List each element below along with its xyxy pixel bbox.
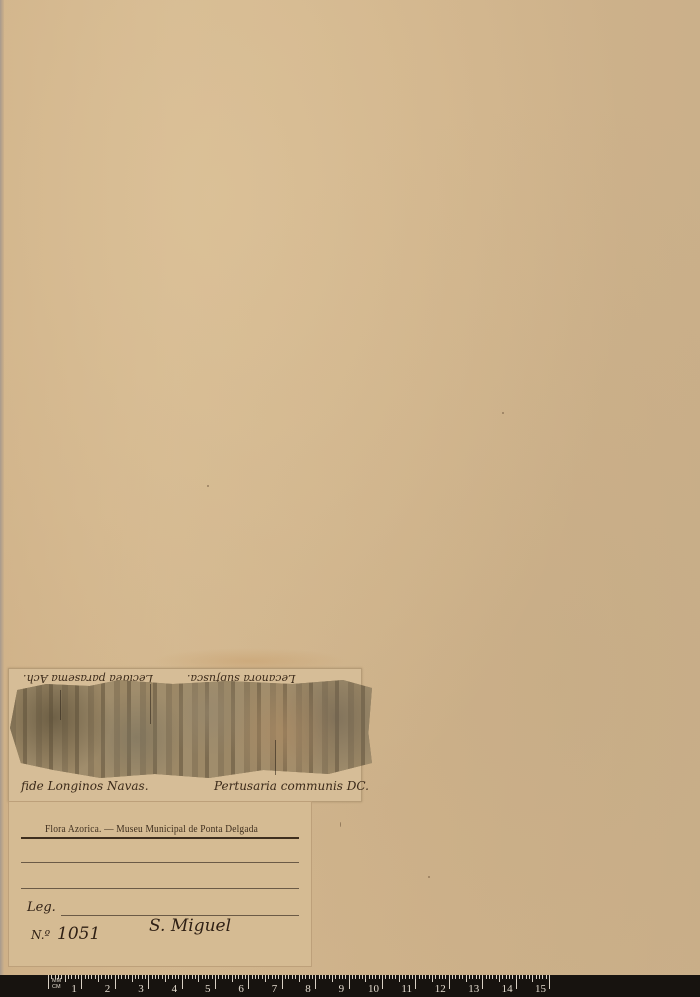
ruler-tick	[472, 975, 473, 979]
ruler-tick	[262, 975, 263, 979]
ruler-tick	[312, 975, 313, 979]
ruler-tick	[68, 975, 69, 979]
ruler-tick	[412, 975, 413, 979]
ruler-tick	[486, 975, 487, 979]
ruler-tick	[409, 975, 410, 979]
ruler-tick	[352, 975, 353, 979]
ruler-tick	[278, 975, 279, 979]
label-rule	[21, 862, 299, 863]
ruler-cm-label: 8	[305, 983, 311, 995]
ruler-tick	[232, 975, 233, 982]
ruler-tick	[349, 975, 350, 989]
ruler-tick	[476, 975, 477, 979]
ruler-tick	[329, 975, 330, 979]
ruler-cm-label: 3	[138, 983, 144, 995]
ruler-tick	[459, 975, 460, 979]
ruler-tick	[516, 975, 517, 989]
ruler-tick	[162, 975, 163, 979]
ruler-tick	[439, 975, 440, 979]
ruler-tick	[385, 975, 386, 979]
ruler-tick	[51, 975, 52, 979]
ruler-tick	[405, 975, 406, 979]
ruler-cm-label: 6	[238, 983, 244, 995]
ruler-tick	[242, 975, 243, 979]
ruler-tick	[499, 975, 500, 982]
paper-speck	[428, 876, 430, 878]
ruler-cm-label: 1	[71, 983, 77, 995]
ruler-tick	[158, 975, 159, 979]
ruler-tick	[215, 975, 216, 989]
annotation-pertusaria: Pertusaria communis DC.	[214, 779, 369, 793]
ruler-tick	[542, 975, 543, 979]
ruler-tick	[58, 975, 59, 979]
ruler-tick	[369, 975, 370, 979]
ruler-tick	[195, 975, 196, 979]
ruler-tick	[449, 975, 450, 989]
ruler-tick	[192, 975, 193, 979]
ruler-tick	[455, 975, 456, 979]
ruler-cm-label: 11	[401, 983, 412, 995]
ruler-tick	[208, 975, 209, 979]
ruler-tick	[355, 975, 356, 979]
ruler-tick	[145, 975, 146, 979]
ruler-tick	[539, 975, 540, 979]
ruler-tick	[48, 975, 49, 989]
ruler-tick	[489, 975, 490, 979]
ruler-tick	[509, 975, 510, 979]
ruler-tick	[115, 975, 116, 989]
ruler-tick	[245, 975, 246, 979]
ruler-tick	[105, 975, 106, 979]
ruler-tick	[375, 975, 376, 979]
ruler-tick	[302, 975, 303, 979]
ruler-tick	[188, 975, 189, 979]
ruler-cm-label: 15	[535, 983, 546, 995]
ruler-tick	[111, 975, 112, 979]
ruler-tick	[422, 975, 423, 979]
ruler-scale: 123456789101112131415	[48, 975, 560, 997]
ruler-cm-label: 7	[272, 983, 278, 995]
scale-ruler: MM CM 123456789101112131415	[0, 975, 700, 997]
ruler-tick	[168, 975, 169, 979]
ruler-tick	[402, 975, 403, 979]
ruler-tick	[98, 975, 99, 982]
ruler-tick	[81, 975, 82, 989]
ruler-tick	[265, 975, 266, 982]
ruler-tick	[299, 975, 300, 982]
herbarium-sheet: Lecidea parasema Ach. Lecanora subfusca.…	[0, 0, 700, 975]
ruler-tick	[466, 975, 467, 982]
ruler-tick	[125, 975, 126, 979]
ruler-tick	[212, 975, 213, 979]
ruler-tick	[546, 975, 547, 979]
ruler-tick	[61, 975, 62, 979]
ruler-cm-label: 2	[105, 983, 111, 995]
ruler-tick	[272, 975, 273, 979]
ruler-tick	[228, 975, 229, 979]
ruler-tick	[71, 975, 72, 979]
ruler-tick	[172, 975, 173, 979]
ruler-tick	[315, 975, 316, 989]
ruler-tick	[389, 975, 390, 979]
ruler-tick	[522, 975, 523, 979]
ruler-tick	[479, 975, 480, 979]
ruler-tick	[142, 975, 143, 979]
ruler-tick	[532, 975, 533, 982]
ruler-tick	[225, 975, 226, 979]
ruler-tick	[78, 975, 79, 979]
ruler-tick	[372, 975, 373, 979]
ruler-tick	[432, 975, 433, 982]
bark-crack	[150, 684, 151, 724]
bark-crack	[60, 690, 61, 720]
ruler-tick	[85, 975, 86, 979]
ruler-tick	[198, 975, 199, 982]
ruler-tick	[218, 975, 219, 979]
label-title: Flora Azorica. — Museu Municipal de Pont…	[45, 824, 258, 835]
ruler-tick	[108, 975, 109, 979]
ruler-tick	[452, 975, 453, 979]
ruler-tick	[91, 975, 92, 979]
ruler-tick	[379, 975, 380, 979]
ruler-tick	[152, 975, 153, 979]
ruler-tick	[362, 975, 363, 979]
ruler-tick	[118, 975, 119, 979]
paper-speck	[340, 822, 341, 827]
ruler-tick	[88, 975, 89, 979]
ruler-tick	[419, 975, 420, 979]
leg-label: Leg.	[27, 900, 56, 915]
ruler-tick	[275, 975, 276, 979]
ruler-tick	[185, 975, 186, 979]
lichen-bark-specimen	[10, 678, 372, 778]
paper-speck	[502, 412, 504, 414]
number-prefix: N.º	[31, 928, 50, 942]
ruler-tick	[519, 975, 520, 979]
ruler-tick	[295, 975, 296, 979]
ruler-tick	[339, 975, 340, 979]
ruler-cm-label: 12	[435, 983, 446, 995]
ruler-tick	[305, 975, 306, 979]
ruler-tick	[345, 975, 346, 979]
ruler-tick	[222, 975, 223, 979]
locality: S. Miguel	[149, 916, 231, 936]
ruler-tick	[445, 975, 446, 979]
printed-label: Flora Azorica. — Museu Municipal de Pont…	[8, 801, 312, 967]
ruler-tick	[536, 975, 537, 979]
ruler-tick	[288, 975, 289, 979]
ruler-tick	[268, 975, 269, 979]
ruler-tick	[392, 975, 393, 979]
ruler-tick	[282, 975, 283, 989]
ruler-tick	[395, 975, 396, 979]
ruler-tick	[399, 975, 400, 982]
ruler-tick	[252, 975, 253, 979]
ruler-tick	[496, 975, 497, 979]
ruler-tick	[128, 975, 129, 979]
ruler-cm-label: 9	[339, 983, 345, 995]
ruler-tick	[325, 975, 326, 979]
ruler-tick	[322, 975, 323, 979]
ruler-tick	[55, 975, 56, 979]
ruler-tick	[442, 975, 443, 979]
ruler-tick	[335, 975, 336, 979]
ruler-tick	[121, 975, 122, 979]
ruler-tick	[202, 975, 203, 979]
ruler-tick	[482, 975, 483, 989]
ruler-tick	[248, 975, 249, 989]
ruler-tick	[425, 975, 426, 979]
label-rule	[21, 837, 299, 839]
ruler-tick	[255, 975, 256, 979]
ruler-tick	[415, 975, 416, 989]
ruler-cm-label: 4	[172, 983, 178, 995]
ruler-tick	[285, 975, 286, 979]
ruler-cm-label: 14	[502, 983, 513, 995]
ruler-tick	[342, 975, 343, 979]
ruler-tick	[155, 975, 156, 979]
annotation-fide: fide Longinos Navas.	[21, 779, 149, 793]
ruler-tick	[549, 975, 550, 989]
ruler-tick	[512, 975, 513, 979]
ruler-tick	[65, 975, 66, 982]
ruler-tick	[165, 975, 166, 982]
ruler-tick	[309, 975, 310, 979]
ruler-tick	[429, 975, 430, 979]
ruler-tick	[182, 975, 183, 989]
ruler-tick	[138, 975, 139, 979]
ruler-tick	[148, 975, 149, 989]
ruler-tick	[319, 975, 320, 979]
ruler-tick	[175, 975, 176, 979]
ruler-tick	[492, 975, 493, 979]
ruler-tick	[382, 975, 383, 989]
specimen-number: 1051	[57, 924, 100, 944]
ruler-cm-label: 10	[368, 983, 379, 995]
sheet-left-edge	[0, 0, 4, 975]
ruler-tick	[95, 975, 96, 979]
paper-speck	[207, 485, 209, 487]
ruler-tick	[132, 975, 133, 982]
ruler-tick	[359, 975, 360, 979]
ruler-tick	[506, 975, 507, 979]
ruler-tick	[238, 975, 239, 979]
ruler-tick	[469, 975, 470, 979]
ruler-tick	[235, 975, 236, 979]
ruler-cm-label: 13	[468, 983, 479, 995]
ruler-tick	[332, 975, 333, 982]
ruler-tick	[526, 975, 527, 979]
bark-crack	[275, 740, 276, 775]
ruler-tick	[135, 975, 136, 979]
label-rule	[21, 888, 299, 889]
ruler-tick	[205, 975, 206, 979]
ruler-tick	[529, 975, 530, 979]
ruler-tick	[462, 975, 463, 979]
ruler-tick	[365, 975, 366, 982]
ruler-tick	[258, 975, 259, 979]
ruler-cm-label: 5	[205, 983, 211, 995]
ruler-tick	[178, 975, 179, 979]
ruler-tick	[435, 975, 436, 979]
ruler-tick	[75, 975, 76, 979]
ruler-tick	[292, 975, 293, 979]
ruler-tick	[101, 975, 102, 979]
ruler-tick	[502, 975, 503, 979]
